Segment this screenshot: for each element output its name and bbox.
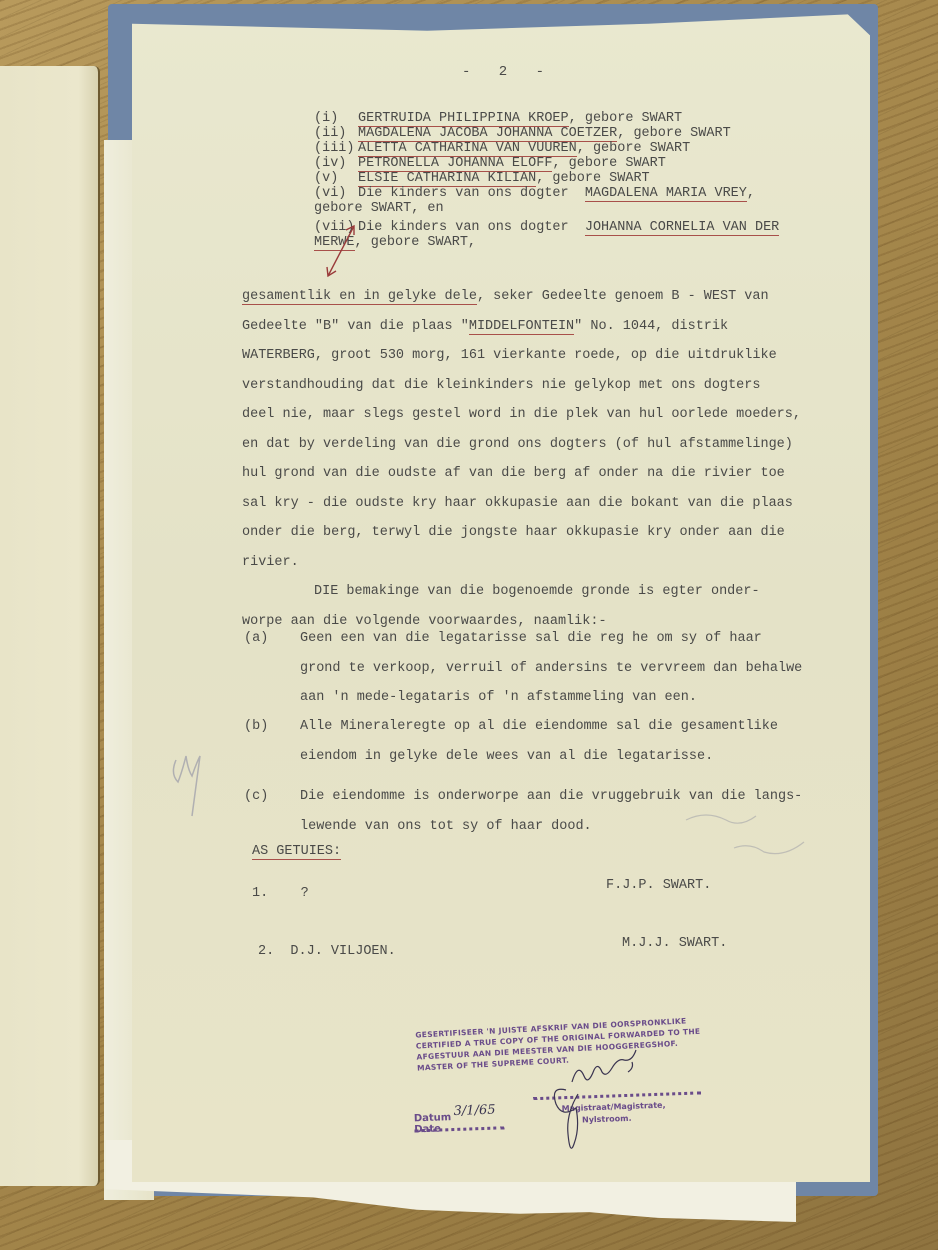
condition-label: (c) bbox=[244, 782, 300, 812]
condition-label: (a) bbox=[244, 624, 300, 654]
body-line: DIE bemakinge van die bogenoemde gronde … bbox=[242, 577, 842, 607]
magistrate-stamp: DatumDate 3/1/65 Magistraat/Magistrate, … bbox=[413, 1089, 725, 1150]
heir-item: (iii)ALETTA CATHARINA VAN VUUREN, gebore… bbox=[314, 141, 779, 156]
body-line: onder die berg, terwyl die jongste haar … bbox=[242, 518, 842, 548]
body-line: Gedeelte "B" van die plaas "MIDDELFONTEI… bbox=[242, 312, 842, 342]
body-line: hul grond van die oudste af van die berg… bbox=[242, 459, 842, 489]
heir-number: (iii) bbox=[314, 141, 358, 156]
magistrate-place: Nylstroom. bbox=[582, 1114, 632, 1125]
heir-prefix: Die kinders van ons dogter bbox=[358, 220, 569, 235]
magistrate-title: Magistraat/Magistrate, bbox=[561, 1101, 665, 1114]
body-line: gesamentlik en in gelyke dele, seker Ged… bbox=[242, 282, 842, 312]
condition-line: Alle Mineraleregte op al die eiendomme s… bbox=[300, 712, 778, 742]
heir-number: (v) bbox=[314, 171, 358, 186]
heir-number: (vii) bbox=[314, 220, 358, 235]
body-line: sal kry - die oudste kry haar okkupasie … bbox=[242, 489, 842, 519]
condition-line: lewende van ons tot sy of haar dood. bbox=[300, 812, 802, 842]
heir-name: MAGDALENA JACOBA JOHANNA COETZER bbox=[358, 126, 617, 142]
certification-stamp: GESERTIFISEER 'N JUISTE AFSKRIF VAN DIE … bbox=[415, 1014, 707, 1073]
heir-name: MERWE bbox=[314, 235, 355, 251]
heir-continuation: gebore SWART, en bbox=[314, 201, 779, 216]
testator-1-signature: F.J.P. SWART. bbox=[606, 878, 711, 893]
heir-prefix: Die kinders van ons dogter bbox=[358, 186, 569, 201]
condition-label: (b) bbox=[244, 712, 300, 742]
testator-2-signature: M.J.J. SWART. bbox=[622, 936, 727, 951]
body-line: WATERBERG, groot 530 morg, 161 vierkante… bbox=[242, 341, 842, 371]
witness-1: 1. ? bbox=[252, 886, 309, 901]
heir-continuation: MERWE, gebore SWART, bbox=[314, 235, 779, 250]
witness-name: D.J. VILJOEN. bbox=[290, 944, 395, 959]
condition-line: Die eiendomme is onderworpe aan die vrug… bbox=[300, 782, 802, 812]
witnesses-heading: AS GETUIES: bbox=[252, 844, 341, 860]
body-line: en dat by verdeling van die grond ons do… bbox=[242, 430, 842, 460]
adjacent-left-page bbox=[0, 66, 100, 1186]
heir-name: ELSIE CATHARINA KILIAN bbox=[358, 171, 536, 187]
heir-name: JOHANNA CORNELIA VAN DER bbox=[585, 220, 779, 236]
heir-number: (ii) bbox=[314, 126, 358, 141]
heir-item: (vii)Die kinders van ons dogter JOHANNA … bbox=[314, 220, 779, 235]
condition-item: (c)Die eiendomme is onderworpe aan die v… bbox=[244, 782, 844, 841]
condition-item: (a)Geen een van die legatarisse sal die … bbox=[244, 624, 844, 713]
heir-item: (i)GERTRUIDA PHILIPPINA KROEP, gebore SW… bbox=[314, 111, 779, 126]
date-value: 3/1/65 bbox=[453, 1103, 495, 1119]
body-line: deel nie, maar slegs gestel word in die … bbox=[242, 400, 842, 430]
heir-name: MAGDALENA MARIA VREY bbox=[585, 186, 747, 202]
witness-number: 2. bbox=[258, 944, 274, 959]
condition-line: grond te verkoop, verruil of andersins t… bbox=[300, 654, 802, 684]
page-number: - 2 - bbox=[462, 64, 554, 80]
heir-name: GERTRUIDA PHILIPPINA KROEP bbox=[358, 111, 569, 127]
condition-item: (b)Alle Mineraleregte op al die eiendomm… bbox=[244, 712, 844, 771]
witness-name: ? bbox=[301, 886, 309, 901]
body-text: gesamentlik en in gelyke dele, seker Ged… bbox=[242, 282, 842, 636]
witness-number: 1. bbox=[252, 886, 268, 901]
heir-suffix: , bbox=[747, 186, 755, 201]
heir-number: (vi) bbox=[314, 186, 358, 201]
body-line: verstandhouding dat die kleinkinders nie… bbox=[242, 371, 842, 401]
heir-item: (ii)MAGDALENA JACOBA JOHANNA COETZER, ge… bbox=[314, 126, 779, 141]
condition-line: eiendom in gelyke dele wees van al die l… bbox=[300, 742, 778, 772]
heir-suffix: , gebore SWART bbox=[617, 126, 730, 141]
condition-line: Geen een van die legatarisse sal die reg… bbox=[300, 624, 802, 654]
heir-item: (v)ELSIE CATHARINA KILIAN, gebore SWART bbox=[314, 171, 779, 186]
heir-suffix: , gebore SWART bbox=[569, 111, 682, 126]
body-line: rivier. bbox=[242, 548, 842, 578]
heir-item: (iv)PETRONELLA JOHANNA ELOFF, gebore SWA… bbox=[314, 156, 779, 171]
signature-line bbox=[533, 1091, 701, 1100]
heir-name: ALETTA CATHARINA VAN VUUREN bbox=[358, 141, 577, 157]
heir-item: (vi)Die kinders van ons dogter MAGDALENA… bbox=[314, 186, 779, 201]
heir-name: PETRONELLA JOHANNA ELOFF bbox=[358, 156, 552, 172]
heir-number: (iv) bbox=[314, 156, 358, 171]
condition-line: aan 'n mede-legataris of 'n afstammeling… bbox=[300, 683, 802, 713]
heirs-list: (i)GERTRUIDA PHILIPPINA KROEP, gebore SW… bbox=[314, 111, 779, 250]
witness-2: 2. D.J. VILJOEN. bbox=[258, 944, 396, 959]
heir-suffix: , gebore SWART bbox=[552, 156, 665, 171]
document-page: - 2 - (i)GERTRUIDA PHILIPPINA KROEP, geb… bbox=[132, 12, 870, 1182]
heir-number: (i) bbox=[314, 111, 358, 126]
heir-suffix: , gebore SWART bbox=[536, 171, 649, 186]
heir-suffix: , gebore SWART bbox=[577, 141, 690, 156]
